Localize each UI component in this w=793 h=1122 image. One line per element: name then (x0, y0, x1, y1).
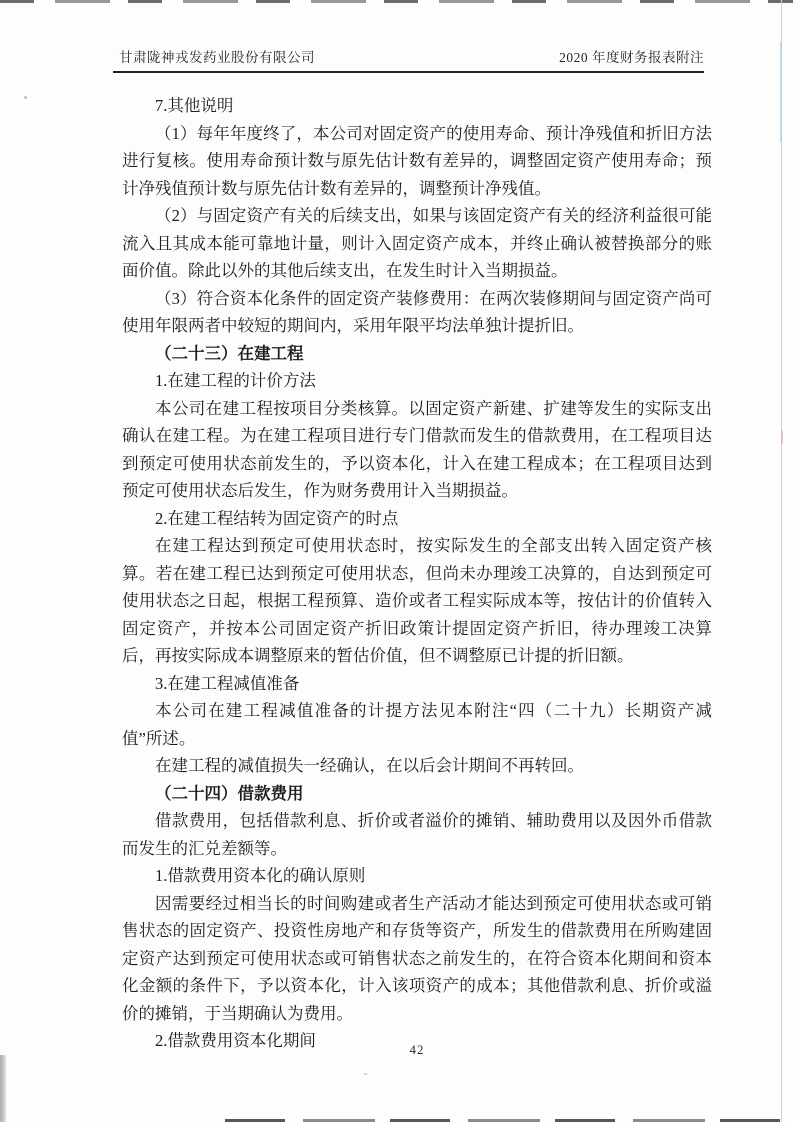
scan-artifact-speck (24, 96, 27, 99)
paragraph: （1）每年年度终了，本公司对固定资产的使用寿命、预计净残值和折旧方法进行复核。使… (122, 120, 712, 203)
paragraph: 本公司在建工程按项目分类核算。以固定资产新建、扩建等发生的实际支出确认在建工程。… (122, 395, 712, 505)
sub-heading: 1.借款费用资本化的确认原则 (122, 862, 712, 890)
company-name: 甘肃陇神戎发药业股份有限公司 (113, 46, 315, 66)
scan-artifact-right-page-edge (781, 0, 782, 1122)
sub-heading: 7.其他说明 (122, 92, 712, 120)
scan-artifact-speck (364, 1073, 367, 1075)
report-title: 2020 年度财务报表附注 (559, 46, 704, 66)
section-heading: （二十四）借款费用 (122, 780, 712, 808)
sub-heading: 2.在建工程结转为固定资产的时点 (122, 505, 712, 533)
paragraph: （2）与固定资产有关的后续支出，如果与该固定资产有关的经济利益很可能流入且其成本… (122, 202, 712, 285)
paragraph: 借款费用，包括借款利息、折价或者溢价的摊销、辅助费用以及因外币借款而发生的汇兑差… (122, 807, 712, 862)
paragraph: 在建工程的减值损失一经确认，在以后会计期间不再转回。 (122, 752, 712, 780)
scan-artifact-left-strip (0, 1055, 6, 1122)
scan-artifact-top-edge (0, 0, 793, 3)
page-number: 42 (410, 1042, 425, 1057)
page-header: 甘肃陇神戎发药业股份有限公司 2020 年度财务报表附注 (113, 46, 704, 73)
section-heading: （二十三）在建工程 (122, 340, 712, 368)
sub-heading: 1.在建工程的计价方法 (122, 367, 712, 395)
paragraph: 本公司在建工程减值准备的计提方法见本附注“四（二十九）长期资产减值”所述。 (122, 697, 712, 752)
page-footer: 42 (122, 1042, 712, 1058)
paragraph: 因需要经过相当长的时间购建或者生产活动才能达到预定可使用状态或可销售状态的固定资… (122, 890, 712, 1028)
paragraph: （3）符合资本化条件的固定资产装修费用：在两次装修期间与固定资产尚可使用年限两者… (122, 285, 712, 340)
document-page: 甘肃陇神戎发药业股份有限公司 2020 年度财务报表附注 7.其他说明 （1）每… (0, 0, 793, 1122)
scan-artifact-pink-tick (781, 430, 783, 444)
scan-artifact-cyan-tick (780, 42, 782, 142)
sub-heading: 3.在建工程减值准备 (122, 670, 712, 698)
paragraph: 在建工程达到预定可使用状态时，按实际发生的全部支出转入固定资产核算。若在建工程已… (122, 532, 712, 670)
document-body: 7.其他说明 （1）每年年度终了，本公司对固定资产的使用寿命、预计净残值和折旧方… (122, 92, 712, 1055)
